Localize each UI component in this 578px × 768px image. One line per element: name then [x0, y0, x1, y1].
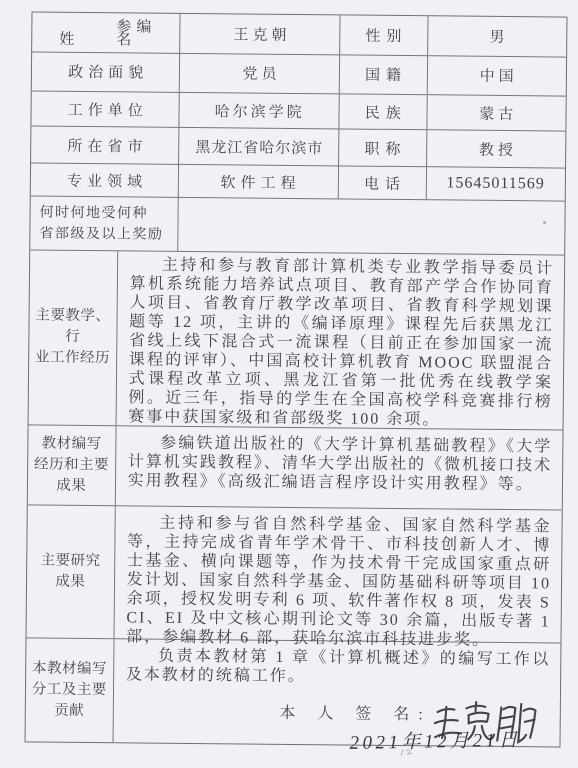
cell-teaching-content: 主持和参与教育部计算机类专业教学指导委员计算机系统能力培养试点项目、教育部产学合… — [115, 251, 564, 429]
cell-ethnicity-value: 蒙古 — [426, 95, 566, 131]
table-row-contribution: 本教材编写 分工及主要 贡献 负责本教材第 1 章《计算机概述》的编写工作以及本… — [26, 637, 561, 747]
contribution-content-text: 负责本教材第 1 章《计算机概述》的编写工作以及本教材的统稿工作。 — [126, 646, 551, 688]
table-row-workunit: 工作单位 哈尔滨学院 民族 蒙古 — [31, 90, 565, 131]
cell-phone-label: 电话 — [338, 167, 426, 200]
cell-province-label: 所在省市 — [31, 127, 179, 164]
cell-teaching-label: 主要教学、行 业工作经历 — [29, 250, 117, 425]
cell-workunit-label: 工作单位 — [31, 91, 179, 127]
cell-political-value: 党员 — [179, 54, 339, 93]
cell-research-content: 主持和参与省自然科学基金、国家自然科学基金等，主持完成省青年学术骨干、市科技创新… — [113, 506, 562, 642]
teaching-content-text: 主持和参与教育部计算机类专业教学指导委员计算机系统能力培养试点项目、教育部产学合… — [128, 255, 554, 430]
table-row-political-status: 政治面貌 党员 国籍 中国 — [32, 51, 566, 95]
cell-awards-value — [178, 198, 565, 254]
cell-title-value: 教授 — [426, 131, 566, 168]
cell-name-label: 参编 姓 名 — [32, 12, 180, 52]
contribution-label-line1: 本教材编写 — [32, 658, 107, 680]
table-row-research-results: 主要研究 成果 主持和参与省自然科学基金、国家自然科学基金等，主持完成省青年学术… — [27, 504, 562, 642]
cell-ethnicity-label: 民族 — [338, 94, 426, 130]
ethnicity-value: 蒙古 — [475, 102, 517, 123]
cell-gender-value: 男 — [427, 16, 567, 56]
signature-label: 本 人 签 名: — [279, 704, 432, 724]
province-value: 黑龙江省哈尔滨市 — [194, 136, 323, 158]
workunit-value: 哈尔滨学院 — [214, 100, 305, 122]
table-row-field: 专业领域 软件工程 电话 15645011569 — [31, 163, 565, 201]
cell-title-label: 职称 — [338, 130, 426, 167]
scan-speck-mark — [399, 747, 416, 756]
cell-field-label: 专业领域 — [31, 164, 179, 197]
contribution-label-line2: 分工及主要 — [32, 679, 107, 701]
cell-textbook-label: 教材编写 经历和主要 成果 — [28, 425, 115, 504]
cell-province-value: 黑龙江省哈尔滨市 — [178, 128, 338, 165]
field-value: 软件工程 — [216, 171, 300, 193]
cell-nationality-value: 中国 — [426, 56, 566, 95]
handwritten-date: 2021年12月21日 — [349, 730, 521, 752]
phone-value: 15645011569 — [446, 175, 545, 194]
scanned-form-page: 参编 姓 名 王克朝 性别 男 政治面貌 党员 国籍 — [0, 0, 578, 768]
name-label-left: 姓 — [59, 28, 74, 49]
cell-field-value: 软件工程 — [178, 165, 338, 198]
table-row-name: 参编 姓 名 王克朝 性别 男 — [32, 12, 566, 56]
title-value: 教授 — [475, 139, 517, 160]
teaching-label-line1: 主要教学、行 — [29, 306, 116, 349]
editor-info-table: 参编 姓 名 王克朝 性别 男 政治面貌 党员 国籍 — [25, 11, 568, 747]
gender-label: 性别 — [359, 25, 407, 46]
scan-speck-dot — [543, 221, 546, 224]
workunit-label: 工作单位 — [63, 98, 148, 120]
textbook-label-line2: 经历和主要 — [34, 454, 109, 476]
cell-contribution-label: 本教材编写 分工及主要 贡献 — [26, 638, 114, 742]
research-label-line1: 主要研究 — [40, 550, 100, 572]
gender-value: 男 — [485, 26, 508, 47]
cell-gender-label: 性别 — [339, 15, 427, 55]
awards-label-line2: 省部级及以上奖励 — [39, 223, 178, 245]
nationality-value: 中国 — [476, 65, 518, 86]
textbook-content-text: 参编铁道出版社的《大学计算机基础教程》《大学计算机实践教程》、清华大学出版社的《… — [128, 433, 553, 494]
cell-workunit-value: 哈尔滨学院 — [179, 92, 339, 128]
cell-name-value: 王克朝 — [180, 14, 340, 54]
research-content-text: 主持和参与省自然科学基金、国家自然科学基金等，主持完成省青年学术骨干、市科技创新… — [126, 513, 552, 650]
cell-political-label: 政治面貌 — [32, 52, 180, 91]
cell-phone-value: 15645011569 — [425, 168, 565, 201]
cell-nationality-label: 国籍 — [339, 55, 427, 94]
name-value: 王克朝 — [229, 23, 290, 45]
cell-textbook-content: 参编铁道出版社的《大学计算机基础教程》《大学计算机实践教程》、清华大学出版社的《… — [114, 426, 562, 509]
awards-label-line1: 何时何地受何种 — [39, 202, 178, 224]
table-row-teaching-experience: 主要教学、行 业工作经历 主持和参与教育部计算机类专业教学指导委员计算机系统能力… — [29, 249, 565, 429]
research-label-line2: 成果 — [55, 571, 85, 592]
cell-research-label: 主要研究 成果 — [27, 505, 115, 638]
textbook-label-line3: 成果 — [56, 475, 86, 496]
field-label: 专业领域 — [62, 169, 147, 191]
phone-label: 电话 — [358, 172, 406, 193]
name-label-right: 名 — [116, 28, 131, 49]
table-row-province: 所在省市 黑龙江省哈尔滨市 职称 教授 — [31, 126, 565, 168]
contribution-label-line3: 贡献 — [54, 700, 84, 721]
title-label: 职称 — [358, 137, 406, 158]
teaching-label-line2: 业工作经历 — [35, 348, 110, 370]
cell-awards-label: 何时何地受何种 省部级及以上奖励 — [30, 197, 178, 251]
province-label: 所在省市 — [62, 135, 147, 157]
nationality-label: 国籍 — [359, 64, 407, 85]
ethnicity-label: 民族 — [359, 101, 407, 122]
political-value: 党员 — [238, 63, 280, 84]
table-row-awards: 何时何地受何种 省部级及以上奖励 — [30, 196, 564, 255]
textbook-label-line1: 教材编写 — [42, 433, 102, 455]
political-label: 政治面貌 — [63, 61, 148, 83]
table-row-textbook-experience: 教材编写 经历和主要 成果 参编铁道出版社的《大学计算机基础教程》《大学计算机实… — [28, 424, 563, 509]
cell-contribution-content: 负责本教材第 1 章《计算机概述》的编写工作以及本教材的统稿工作。 本 人 签 … — [112, 639, 560, 747]
